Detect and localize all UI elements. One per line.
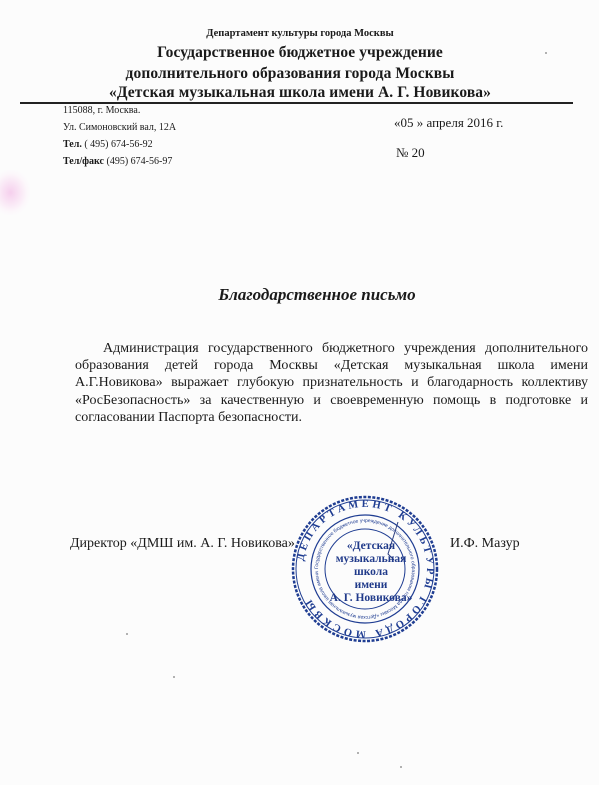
stain-mark [0,170,30,215]
signatory-name: И.Ф. Мазур [450,536,520,552]
letter-number: № 20 [396,145,425,161]
stamp-line: имени [326,579,416,592]
speck [173,676,175,678]
stamp-line: музыкальная [326,553,416,566]
speck [545,52,547,54]
speck [357,752,359,754]
phone-label: Тел. [63,139,82,150]
stamp-line: А. Г. Новикова» [326,592,416,605]
fax-number: (495) 674-56-97 [104,156,172,167]
letter-body: Администрация государственного бюджетног… [75,340,588,426]
fax-line: Тел/факс (495) 674-56-97 [63,153,176,170]
contact-block: 115088, г. Москва. Ул. Симоновский вал, … [63,102,176,170]
postal-address: 115088, г. Москва. [63,102,176,119]
department-name: Департамент культуры города Москвы [40,28,560,39]
institution-line-3: «Детская музыкальная школа имени А. Г. Н… [20,84,580,102]
signatory-position: Директор «ДМШ им. А. Г. Новикова» [70,536,295,552]
stamp-center-text: «Детская музыкальная школа имени А. Г. Н… [326,540,416,605]
fax-label: Тел/факс [63,156,104,167]
institution-line-2: дополнительного образования города Москв… [10,65,570,83]
letter-page: Департамент культуры города Москвы Госуд… [0,0,599,785]
stamp-line: «Детская [326,540,416,553]
stamp-line: школа [326,566,416,579]
letter-date: «05 » апреля 2016 г. [394,115,503,131]
speck [400,766,402,768]
document-title: Благодарственное письмо [0,285,599,305]
phone-line: Тел. ( 495) 674-56-92 [63,136,176,153]
speck [126,633,128,635]
street-address: Ул. Симоновский вал, 12А [63,119,176,136]
phone-number: ( 495) 674-56-92 [82,139,153,150]
institution-line-1: Государственное бюджетное учреждение [20,44,580,62]
